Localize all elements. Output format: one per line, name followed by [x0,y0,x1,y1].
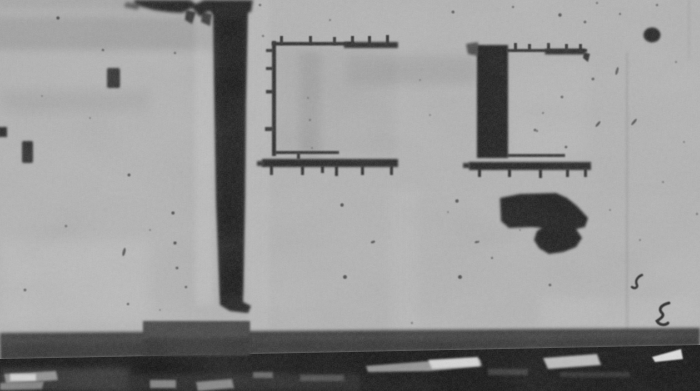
bunker-wall-photograph [0,0,700,391]
film-grain-fine-overlay [0,0,700,391]
photo-scene [0,0,700,391]
